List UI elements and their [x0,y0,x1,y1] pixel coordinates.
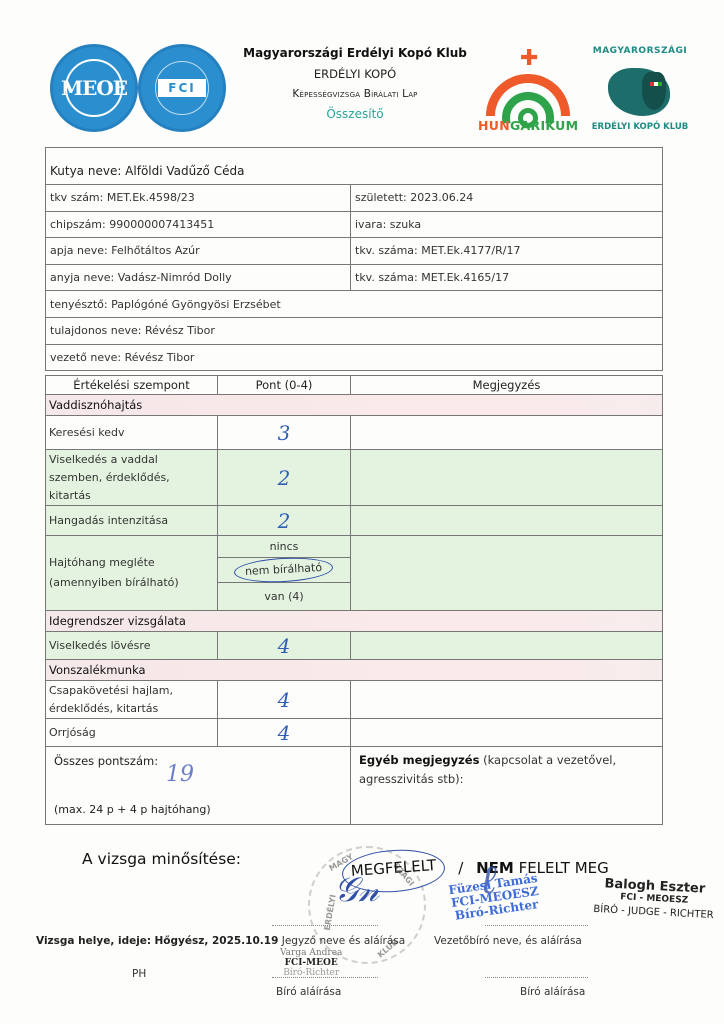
venue: Vizsga helye, ideje: Hőgyész, 2025.10.19… [36,935,405,947]
secretary-label: Jegyző neve és aláírása [282,935,405,947]
selected-option: nem bírálható [234,555,334,584]
note-cell [351,416,663,450]
header-points: Pont (0-4) [218,376,351,395]
note-cell [351,536,663,611]
score-value: 4 [218,632,351,660]
total-value: 19 [166,765,194,785]
section-title: Vonszalékmunka [46,660,663,681]
head-judge-label: Vezetőbíró neve, és aláírása [434,935,582,947]
hungarikum-suffix: GARIKUM [510,118,578,133]
signature-line [485,977,588,978]
note-cell [351,681,663,719]
stamp-line: Varga Andrea [280,948,342,958]
venue-value: Hőgyész, 2025.10.19 [154,935,278,947]
score-value: 3 [218,416,351,450]
header-notes: Megjegyzés [351,376,663,395]
header-criterion: Értékelési szempont [46,376,218,395]
score-value: 4 [218,719,351,747]
hungarikum-prefix: HUN [478,118,510,133]
judge-stamp: Balogh Eszter FCI - MEOESZ BÍRÓ - JUDGE … [593,877,715,922]
score-value: 2 [218,506,351,536]
criterion-label: Viselkedés a vaddal szemben, érdeklődés,… [46,450,218,506]
handler: vezető neve: Révész Tibor [46,344,663,371]
form-subtitle: Összesítő [230,107,480,121]
hungarian-flag-icon [650,82,662,86]
secretary-stamp: Varga Andrea FCI-MEOE Bíró-Richter [280,948,342,978]
total-max: (max. 24 p + 4 p hajtóhang) [54,800,211,820]
breed-title: ERDÉLYI KOPÓ [230,67,480,81]
club-logo: MAGYARORSZÁGI ERDÉLYI KOPÓ KLUB [584,38,696,142]
chip-number: chipszám: 990000007413451 [46,211,351,238]
secretary-signature: 𝒢𝓃 [334,870,379,910]
breeder: tenyésztő: Paplógóné Gyöngyösi Erzsébet [46,291,663,318]
criterion-label: Hangadás intenzitása [46,506,218,536]
result-label: A vizsga minősítése: [82,850,241,868]
score-value: 2 [218,450,351,506]
stamp-line: FCI-MEOE [280,958,342,968]
sex: ivara: szuka [351,211,663,238]
signature-line [272,925,378,926]
sire-tkv: tkv. száma: MET.Ek.4177/R/17 [351,238,663,265]
dog-info-table: Kutya neve: Alföldi Vadűző Céda tkv szám… [45,147,663,371]
club-name: Magyarországi Erdélyi Kopó Klub [230,46,480,60]
note-cell [351,450,663,506]
owner: tulajdonos neve: Révész Tibor [46,317,663,344]
note-cell [351,632,663,660]
ph-label: PH [132,968,146,980]
fci-logo: FCI [138,44,226,132]
total-score-cell: Összes pontszám: 19 (max. 24 p + 4 p haj… [46,747,351,825]
note-cell [351,506,663,536]
dog-name: Kutya neve: Alföldi Vadűző Céda [46,148,663,185]
sire-name: apja neve: Felhőtáltos Azúr [46,238,351,265]
tkv-number: tkv szám: MET.Ek.4598/23 [46,185,351,212]
judge-signature-label-2: Bíró aláírása [520,986,585,998]
signature-line [485,925,588,926]
venue-label: Vizsga helye, ideje: [36,935,151,947]
section-title: Vaddisznóhajtás [46,395,663,416]
criterion-label: Orrjóság [46,719,218,747]
option-none: nincs [218,536,351,558]
hungarikum-logo: ✚ HUNGARIKUM [478,42,578,134]
criterion-label: Csapakövetési hajlam, érdeklődés, kitart… [46,681,218,719]
fci-logo-text: FCI [158,79,205,97]
club-logo-top-text: MAGYARORSZÁGI [584,46,696,56]
score-value: 4 [218,681,351,719]
result-separator: / [458,859,463,877]
criterion-label: Keresési kedv [46,416,218,450]
dam-tkv: tkv. száma: MET.Ek.4165/17 [351,264,663,291]
section-title: Idegrendszer vizsgálata [46,611,663,632]
option-present: van (4) [218,583,351,611]
other-notes-label: Egyéb megjegyzés [359,753,479,767]
note-cell [351,719,663,747]
score-table: Értékelési szempont Pont (0-4) Megjegyzé… [45,375,663,825]
club-logo-bottom-text: ERDÉLYI KOPÓ KLUB [584,122,696,132]
criterion-label: Viselkedés lövésre [46,632,218,660]
dam-name: anyja neve: Vadász-Nimród Dolly [46,264,351,291]
option-not-judgeable: nem bírálható [218,558,351,583]
form-title: Képességvizsga Bírálati Lap [230,88,480,100]
meoe-logo: MEOE [50,44,138,132]
cross-icon: ✚ [520,46,538,71]
judge-signature-label-1: Bíró aláírása [276,986,341,998]
criterion-label: Hajtóhang megléte (amennyiben bírálható) [46,536,218,611]
signature-line [272,977,378,978]
other-notes-cell: Egyéb megjegyzés (kapcsolat a vezetővel,… [351,747,663,825]
total-label: Összes pontszám: [54,751,342,771]
meoe-logo-text: MEOE [61,76,127,100]
birth-date: született: 2023.06.24 [351,185,663,212]
